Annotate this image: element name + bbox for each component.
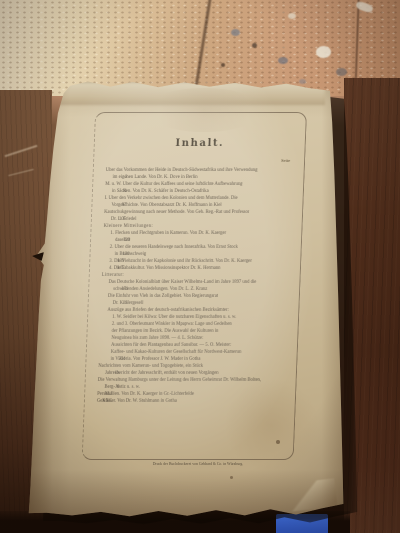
paint-spot xyxy=(252,43,257,48)
paint-spot xyxy=(221,63,225,67)
book-cover: Inhalt. Seite Über das Vorkommen der Hei… xyxy=(24,78,344,518)
paint-spot xyxy=(288,13,296,19)
paper-edge-toning xyxy=(24,78,344,518)
paint-spot xyxy=(336,68,347,76)
paint-spot xyxy=(278,57,288,64)
photo: Inhalt. Seite Über das Vorkommen der Hei… xyxy=(0,0,400,533)
paint-spot xyxy=(299,79,306,84)
paint-spot xyxy=(316,46,331,58)
paint-spot xyxy=(231,29,240,36)
